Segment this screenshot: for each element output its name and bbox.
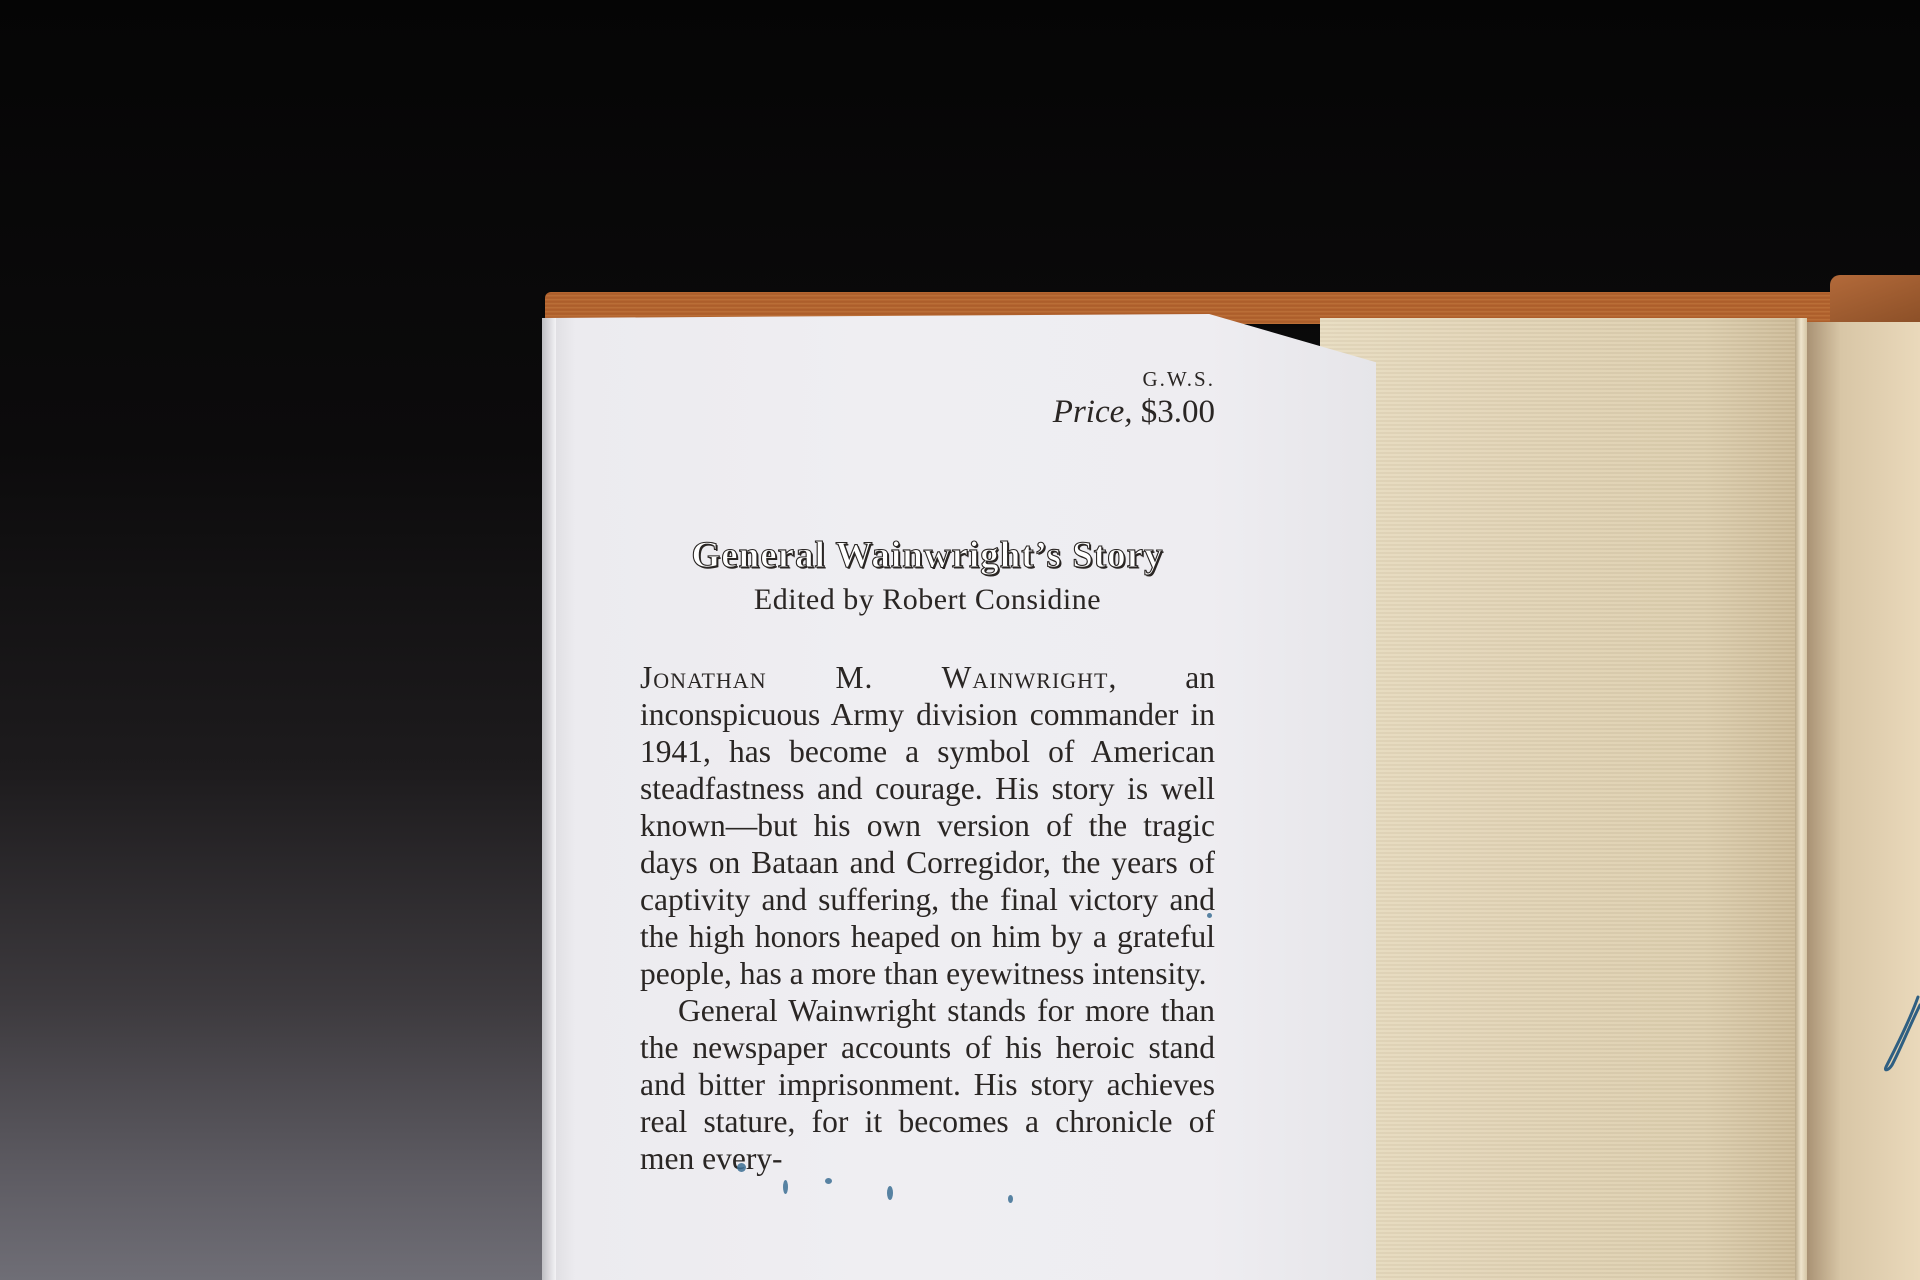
book-title: General Wainwright’s Story xyxy=(640,534,1215,577)
lede-name: Jonathan M. Wainwright, xyxy=(640,660,1117,695)
book-editor: Edited by Robert Considine xyxy=(640,583,1215,617)
blurb-body: Jonathan M. Wainwright, an inconspicuous… xyxy=(640,659,1215,1177)
cloth-board-corner xyxy=(1830,275,1920,325)
signature-ink-stroke-icon xyxy=(1880,995,1920,1075)
colophon: G.W.S. Price, $3.00 xyxy=(640,366,1215,432)
flap-text-block: G.W.S. Price, $3.00 General Wainwright’s… xyxy=(640,366,1215,1177)
endpaper-hinge xyxy=(1795,318,1807,1280)
price: Price, $3.00 xyxy=(640,392,1215,432)
paragraph-1-text: an inconspicuous Army division commander… xyxy=(640,660,1215,991)
initials: G.W.S. xyxy=(640,366,1215,392)
photo-scene: G.W.S. Price, $3.00 General Wainwright’s… xyxy=(0,0,1920,1280)
title-page-edge xyxy=(1807,322,1920,1280)
blurb-paragraph-2: General Wainwright stands for more than … xyxy=(640,992,1215,1177)
blurb-paragraph-1: Jonathan M. Wainwright, an inconspicuous… xyxy=(640,659,1215,992)
dust-jacket-fold-edge xyxy=(542,318,556,1280)
price-value: $3.00 xyxy=(1141,394,1215,430)
endpaper xyxy=(1320,318,1800,1280)
price-label: Price, xyxy=(1053,394,1133,430)
